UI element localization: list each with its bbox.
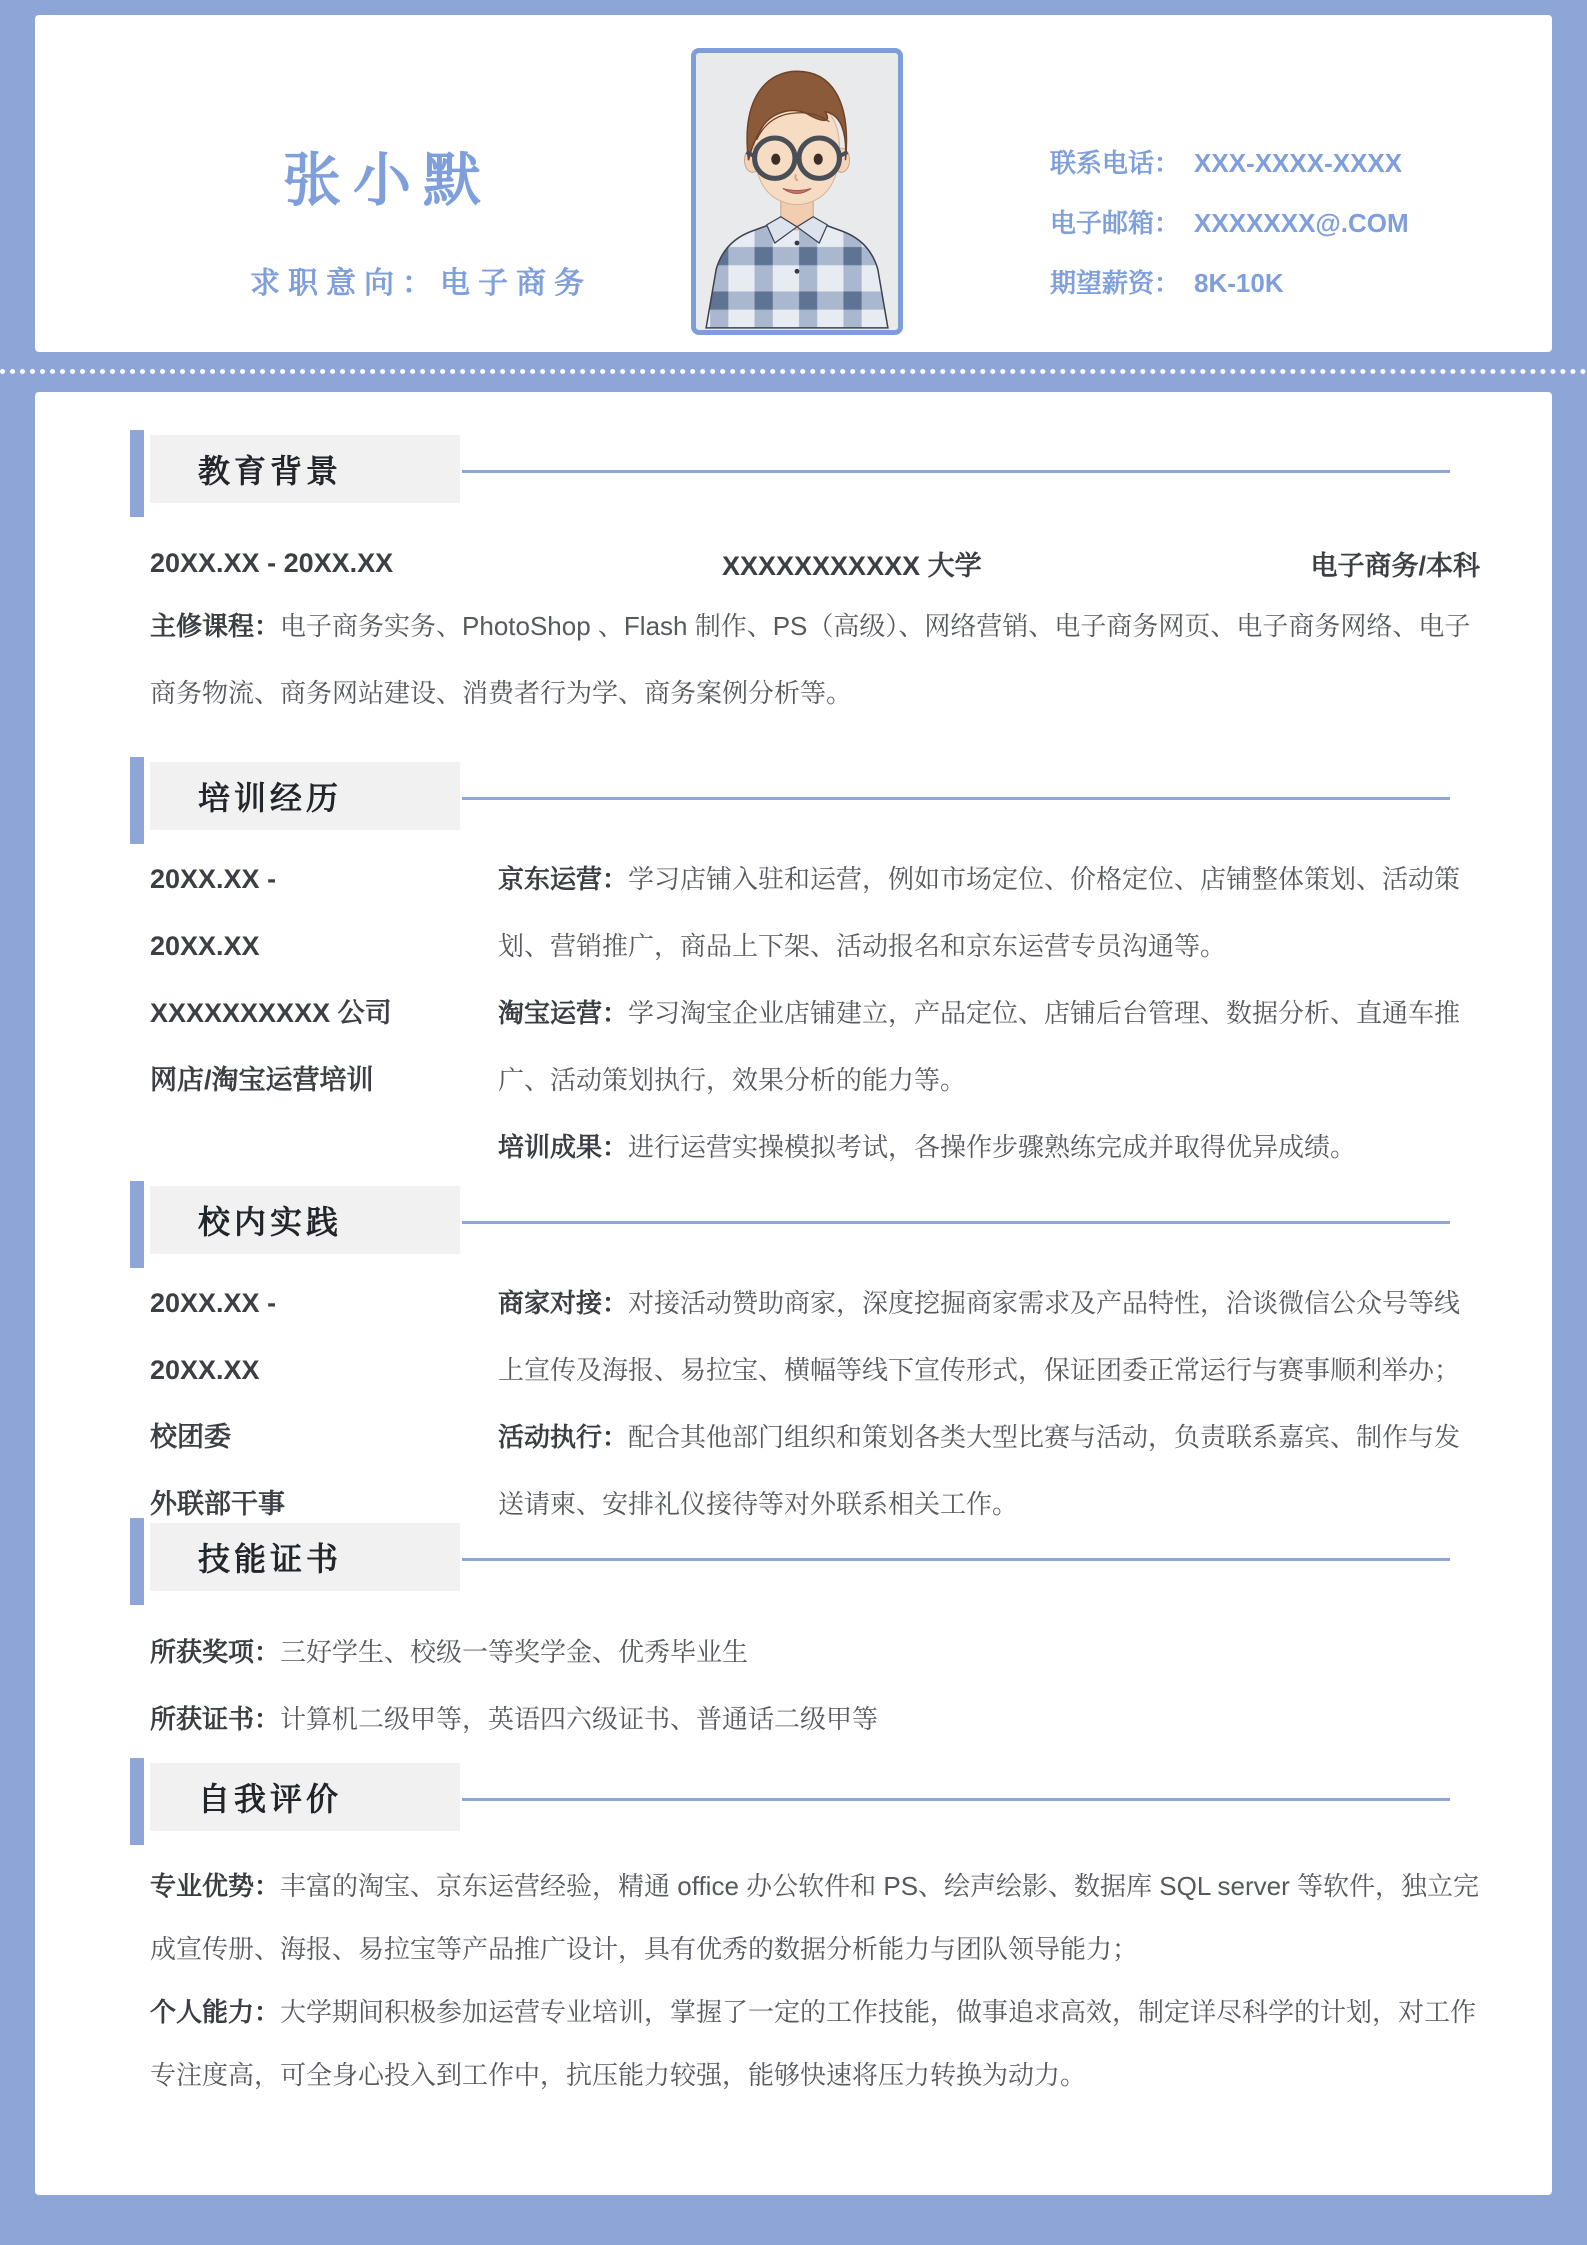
education-period: 20XX.XX - 20XX.XX (150, 548, 393, 579)
section-training-header: 培训经历 (130, 757, 1480, 844)
training-item-label: 培训成果： (498, 1132, 628, 1162)
practice-details: 商家对接：对接活动赞助商家，深度挖掘商家需求及产品特性，洽谈微信公众号等线上宣传… (498, 1270, 1480, 1538)
skills-content: 所获奖项：三好学生、校级一等奖学金、优秀毕业生 所获证书：计算机二级甲等，英语四… (150, 1619, 1480, 1753)
section-practice-header: 校内实践 (130, 1181, 1480, 1268)
section-education-header: 教育背景 (130, 430, 1480, 517)
training-item-text: 进行运营实操模拟考试，各操作步骤熟练完成并取得优异成绩。 (628, 1132, 1356, 1162)
practice-item-label: 活动执行： (498, 1422, 628, 1452)
education-school: XXXXXXXXXXX 大学 (722, 544, 982, 583)
section-rule (462, 470, 1450, 473)
practice-organization: 校团委 (150, 1404, 498, 1471)
education-summary-row: 20XX.XX - 20XX.XX XXXXXXXXXXX 大学 电子商务/本科 (150, 543, 1480, 583)
training-period-start: 20XX.XX - (150, 846, 498, 913)
section-accent-bar (130, 1181, 144, 1268)
education-courses-label: 主修课程： (150, 611, 280, 641)
section-evaluation-header: 自我评价 (130, 1758, 1480, 1845)
education-courses: 主修课程：电子商务实务、PhotoShop 、Flash 制作、PS（高级）、网… (150, 593, 1480, 727)
training-item: 京东运营：学习店铺入驻和运营，例如市场定位、价格定位、店铺整体策划、活动策划、营… (498, 846, 1480, 980)
skills-awards-label: 所获奖项： (150, 1637, 280, 1667)
contact-salary: 期望薪资：8K-10K (1050, 263, 1409, 323)
evaluation-ability: 个人能力：大学期间积极参加运营专业培训，掌握了一定的工作技能，做事追求高效，制定… (150, 1981, 1480, 2107)
contact-phone-value: XXX-XXXX-XXXX (1194, 148, 1402, 178)
section-title-education: 教育背景 (150, 435, 460, 503)
practice-content: 20XX.XX - 20XX.XX 校团委 外联部干事 商家对接：对接活动赞助商… (150, 1270, 1480, 1538)
section-accent-bar (130, 1518, 144, 1605)
candidate-name: 张小默 (283, 133, 493, 217)
contact-salary-value: 8K-10K (1194, 268, 1284, 298)
practice-period-start: 20XX.XX - (150, 1270, 498, 1337)
evaluation-strengths: 专业优势：丰富的淘宝、京东运营经验，精通 office 办公软件和 PS、绘声绘… (150, 1855, 1480, 1981)
section-title-training: 培训经历 (150, 762, 460, 830)
resume-page: { "header": { "name": "张小默", "job_intent… (0, 0, 1587, 2245)
training-period-end: 20XX.XX (150, 913, 498, 980)
education-degree: 电子商务/本科 (1310, 544, 1480, 583)
training-item: 培训成果：进行运营实操模拟考试，各操作步骤熟练完成并取得优异成绩。 (498, 1114, 1480, 1181)
training-company: XXXXXXXXXX 公司 (150, 980, 498, 1047)
training-item-label: 京东运营： (498, 864, 628, 894)
evaluation-content: 专业优势：丰富的淘宝、京东运营经验，精通 office 办公软件和 PS、绘声绘… (150, 1855, 1480, 2107)
skills-awards: 所获奖项：三好学生、校级一等奖学金、优秀毕业生 (150, 1619, 1480, 1686)
contact-salary-label: 期望薪资： (1050, 268, 1180, 298)
section-accent-bar (130, 1758, 144, 1845)
section-title-practice: 校内实践 (150, 1186, 460, 1254)
avatar-illustration (696, 53, 898, 330)
header-card: 张小默 求职意向：电子商务 (35, 15, 1552, 352)
resume-body-card: 教育背景 20XX.XX - 20XX.XX XXXXXXXXXXX 大学 电子… (35, 392, 1552, 2195)
section-rule (462, 1558, 1450, 1561)
evaluation-strengths-label: 专业优势： (150, 1871, 280, 1901)
section-rule (462, 1221, 1450, 1224)
dotted-divider (0, 369, 1587, 374)
practice-item-label: 商家对接： (498, 1288, 628, 1318)
contact-info: 联系电话：XXX-XXXX-XXXX 电子邮箱：XXXXXXX@.COM 期望薪… (1050, 143, 1409, 323)
practice-item-text: 配合其他部门组织和策划各类大型比赛与活动，负责联系嘉宾、制作与发送请柬、安排礼仪… (498, 1422, 1460, 1519)
section-rule (462, 1798, 1450, 1801)
practice-period-end: 20XX.XX (150, 1337, 498, 1404)
contact-email-label: 电子邮箱： (1050, 208, 1180, 238)
section-accent-bar (130, 430, 144, 517)
skills-certificates: 所获证书：计算机二级甲等，英语四六级证书、普通话二级甲等 (150, 1686, 1480, 1753)
section-skills-header: 技能证书 (130, 1518, 1480, 1605)
contact-email-value: XXXXXXX@.COM (1194, 208, 1409, 238)
section-title-evaluation: 自我评价 (150, 1763, 460, 1831)
training-item-label: 淘宝运营： (498, 998, 628, 1028)
section-rule (462, 797, 1450, 800)
practice-item: 商家对接：对接活动赞助商家，深度挖掘商家需求及产品特性，洽谈微信公众号等线上宣传… (498, 1270, 1480, 1404)
evaluation-ability-text: 大学期间积极参加运营专业培训，掌握了一定的工作技能，做事追求高效，制定详尽科学的… (150, 1997, 1476, 2090)
contact-phone-label: 联系电话： (1050, 148, 1180, 178)
training-item: 淘宝运营：学习淘宝企业店铺建立，产品定位、店铺后台管理、数据分析、直通车推广、活… (498, 980, 1480, 1114)
practice-item-text: 对接活动赞助商家，深度挖掘商家需求及产品特性，洽谈微信公众号等线上宣传及海报、易… (498, 1288, 1460, 1385)
training-item-text: 学习店铺入驻和运营，例如市场定位、价格定位、店铺整体策划、活动策划、营销推广，商… (498, 864, 1460, 961)
contact-phone: 联系电话：XXX-XXXX-XXXX (1050, 143, 1409, 203)
education-courses-text: 电子商务实务、PhotoShop 、Flash 制作、PS（高级）、网络营销、电… (150, 611, 1470, 708)
job-intent: 求职意向：电子商务 (250, 258, 592, 302)
training-item-text: 学习淘宝企业店铺建立，产品定位、店铺后台管理、数据分析、直通车推广、活动策划执行… (498, 998, 1460, 1095)
section-title-skills: 技能证书 (150, 1523, 460, 1591)
training-details: 京东运营：学习店铺入驻和运营，例如市场定位、价格定位、店铺整体策划、活动策划、营… (498, 846, 1480, 1181)
training-meta: 20XX.XX - 20XX.XX XXXXXXXXXX 公司 网店/淘宝运营培… (150, 846, 498, 1181)
avatar-photo (691, 48, 903, 335)
evaluation-ability-label: 个人能力： (150, 1997, 280, 2027)
training-content: 20XX.XX - 20XX.XX XXXXXXXXXX 公司 网店/淘宝运营培… (150, 846, 1480, 1181)
contact-email: 电子邮箱：XXXXXXX@.COM (1050, 203, 1409, 263)
section-accent-bar (130, 757, 144, 844)
skills-certificates-label: 所获证书： (150, 1704, 280, 1734)
skills-certificates-text: 计算机二级甲等，英语四六级证书、普通话二级甲等 (280, 1704, 878, 1734)
evaluation-strengths-text: 丰富的淘宝、京东运营经验，精通 office 办公软件和 PS、绘声绘影、数据库… (150, 1871, 1479, 1964)
skills-awards-text: 三好学生、校级一等奖学金、优秀毕业生 (280, 1637, 748, 1667)
training-role: 网店/淘宝运营培训 (150, 1047, 498, 1114)
practice-meta: 20XX.XX - 20XX.XX 校团委 外联部干事 (150, 1270, 498, 1538)
